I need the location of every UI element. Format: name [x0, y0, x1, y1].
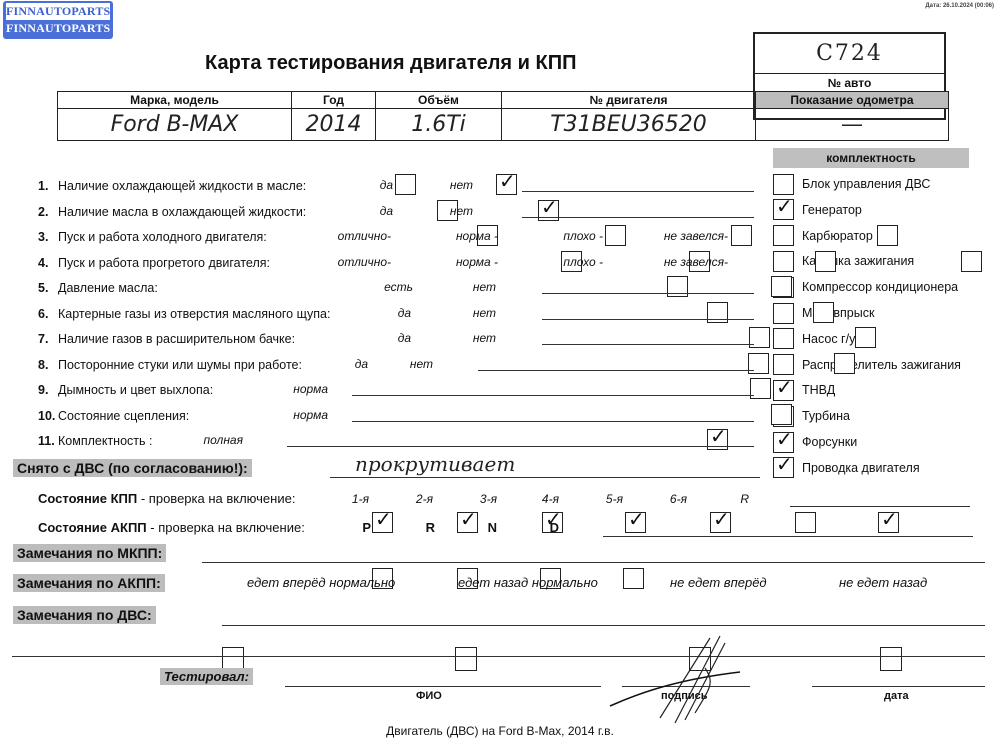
komplektnost-item-label: Форсунки: [802, 435, 857, 449]
question-number: 8.: [38, 358, 58, 372]
question-option[interactable]: отлично-: [338, 225, 393, 247]
question-text: Комплектность :: [58, 434, 152, 448]
question-text: Дымность и цвет выхлопа:: [58, 383, 213, 397]
question-row: 7.Наличие газов в расширительном бачке:: [38, 329, 295, 349]
question-row: 6.Картерные газы из отверстия масляного …: [38, 304, 330, 324]
vehicle-info-table: Марка, модель Год Объём № двигателя Пока…: [57, 91, 949, 141]
question-row: 8.Посторонние стуки или шумы при работе:: [38, 355, 302, 375]
option-label: не завелся-: [664, 229, 728, 243]
option-label: норма: [293, 408, 328, 422]
komplektnost-item-label: Турбина: [802, 409, 850, 423]
question-option[interactable]: не завелся-: [664, 225, 730, 247]
value-odometer: —: [756, 109, 949, 141]
header-odometer: Показание одометра: [756, 92, 949, 109]
remarks-dvs-line[interactable]: [222, 625, 985, 626]
notes-line[interactable]: [522, 191, 754, 192]
mode-label: N: [488, 520, 497, 535]
komplektnost-item[interactable]: Карбюратор: [773, 226, 873, 246]
value-volume: 1.6Ti: [376, 109, 502, 141]
page-title: Карта тестирования двигателя и КПП: [205, 52, 576, 75]
gear-label: 3-я: [480, 492, 497, 506]
option-label: норма -: [456, 255, 498, 269]
remark-option-label: едет вперёд нормально: [247, 575, 395, 590]
option-label: полная: [204, 433, 243, 447]
question-text: Наличие газов в расширительном бачке:: [58, 332, 295, 346]
question-option[interactable]: не завелся-: [664, 251, 730, 273]
notes-line[interactable]: [522, 217, 754, 218]
question-text: Пуск и работа холодного двигателя:: [58, 230, 267, 244]
question-number: 1.: [38, 179, 58, 193]
mode-label: R: [426, 520, 435, 535]
kpp-line: [790, 506, 970, 507]
fio-line[interactable]: [285, 686, 601, 687]
questions-list: 1.Наличие охлаждающей жидкости в масле:д…: [0, 0, 1000, 26]
question-number: 6.: [38, 307, 58, 321]
gear-label: 2-я: [416, 492, 433, 506]
option-label: нет: [473, 280, 496, 294]
notes-line[interactable]: [287, 446, 754, 447]
question-option[interactable]: да: [398, 302, 413, 324]
notes-line[interactable]: [542, 319, 754, 320]
notes-line[interactable]: [542, 344, 754, 345]
komplektnost-item-label: Карбюратор: [802, 229, 873, 243]
question-text: Давление масла:: [58, 281, 158, 295]
question-number: 5.: [38, 281, 58, 295]
question-option[interactable]: норма -: [456, 251, 500, 273]
question-option[interactable]: плохо -: [563, 251, 605, 273]
remarks-mkpp-label: Замечания по МКПП:: [13, 544, 166, 562]
komplektnost-item[interactable]: Форсунки: [773, 432, 857, 452]
gear-label: 6-я: [670, 492, 687, 506]
question-option[interactable]: норма: [293, 404, 330, 426]
checkbox[interactable]: [773, 354, 794, 375]
question-option[interactable]: нет: [410, 353, 435, 375]
gear-label: R: [740, 492, 749, 506]
checkbox[interactable]: [813, 302, 834, 323]
checkbox[interactable]: [771, 276, 792, 297]
question-row: 2.Наличие масла в охлаждающей жидкости:: [38, 202, 306, 222]
mode-label: D: [550, 520, 559, 535]
question-option[interactable]: нет: [473, 302, 498, 324]
header-volume: Объём: [376, 92, 502, 109]
remark-option-label: не едет назад: [839, 575, 927, 590]
option-label: нет: [450, 178, 473, 192]
question-option[interactable]: да: [380, 174, 395, 196]
remarks-akpp-label: Замечания по АКПП:: [13, 574, 165, 592]
question-option[interactable]: нет: [473, 327, 498, 349]
value-year: 2014: [292, 109, 376, 141]
question-text: Посторонние стуки или шумы при работе:: [58, 358, 302, 372]
question-row: 3.Пуск и работа холодного двигателя:: [38, 227, 267, 247]
checkbox[interactable]: [773, 328, 794, 349]
removed-label: Снято с ДВС (по согласованию!):: [13, 459, 252, 477]
checkbox[interactable]: [773, 457, 794, 478]
checkbox[interactable]: [877, 225, 898, 246]
question-row: 1.Наличие охлаждающей жидкости в масле:: [38, 176, 306, 196]
checkbox[interactable]: [605, 225, 626, 246]
auto-number-value: C724: [755, 34, 944, 74]
print-date: Дата: 26.10.2024 (00:06): [925, 3, 994, 9]
question-number: 4.: [38, 256, 58, 270]
notes-line[interactable]: [478, 370, 754, 371]
komplektnost-item[interactable]: Катушка зажигания: [773, 251, 914, 271]
checkbox[interactable]: [773, 251, 794, 272]
checkbox[interactable]: [731, 225, 752, 246]
akpp-line: [603, 536, 973, 537]
option-label: да: [398, 331, 411, 345]
signature-scribble: [600, 628, 770, 728]
logo-text: FINNAUTOPARTS: [6, 3, 110, 20]
komplektnost-item-label: Распределитель зажигания: [802, 358, 961, 372]
komplektnost-item-label: Насос г/у: [802, 332, 855, 346]
komplektnost-item[interactable]: Генератор: [773, 200, 862, 220]
header-model: Марка, модель: [58, 92, 292, 109]
question-number: 3.: [38, 230, 58, 244]
checkbox[interactable]: [773, 432, 794, 453]
header-year: Год: [292, 92, 376, 109]
checkbox[interactable]: [395, 174, 416, 195]
question-row: 9.Дымность и цвет выхлопа:: [38, 380, 213, 400]
checkbox[interactable]: [496, 174, 517, 195]
option-label: есть: [384, 280, 413, 294]
question-option[interactable]: полная: [204, 429, 245, 451]
komplektnost-item[interactable]: Распределитель зажигания: [773, 355, 961, 375]
option-label: норма: [293, 382, 328, 396]
gear-label: 4-я: [542, 492, 559, 506]
question-option[interactable]: нет: [450, 174, 475, 196]
remark-option-label: едет назад нормально: [458, 575, 598, 590]
remark-checkbox[interactable]: [455, 647, 477, 671]
date-line[interactable]: [812, 686, 985, 687]
komplektnost-item-label: ТНВД: [802, 383, 835, 397]
question-option[interactable]: да: [380, 200, 395, 222]
komplektnost-item-label: Генератор: [802, 203, 862, 217]
checkbox[interactable]: [771, 404, 792, 425]
question-row: 5.Давление масла:: [38, 278, 158, 298]
option-label: норма -: [456, 229, 498, 243]
question-text: Наличие охлаждающей жидкости в масле:: [58, 179, 306, 193]
option-label: нет: [473, 306, 496, 320]
remarks-dvs-line-2[interactable]: [12, 656, 985, 657]
komplektnost-item[interactable]: Компрессор кондиционера: [773, 277, 958, 297]
logo-text: FINNAUTOPARTS: [6, 20, 110, 37]
notes-line[interactable]: [542, 293, 754, 294]
akpp-label: Состояние АКПП - проверка на включение:: [38, 520, 305, 535]
question-option[interactable]: да: [398, 327, 413, 349]
question-number: 9.: [38, 383, 58, 397]
question-row: 4.Пуск и работа прогретого двигателя:: [38, 253, 270, 273]
kpp-label: Состояние КПП - проверка на включение:: [38, 491, 295, 506]
option-label: не завелся-: [664, 255, 728, 269]
question-number: 11.: [38, 434, 58, 448]
option-label: нет: [473, 331, 496, 345]
option-label: да: [355, 357, 368, 371]
question-text: Наличие масла в охлаждающей жидкости:: [58, 205, 306, 219]
date-caption: дата: [884, 690, 909, 702]
question-text: Состояние сцепления:: [58, 409, 189, 423]
remarks-dvs-label: Замечания по ДВС:: [13, 606, 156, 624]
mode-label: P: [362, 520, 371, 535]
notes-line[interactable]: [352, 421, 754, 422]
gear-checkbox[interactable]: [878, 512, 899, 533]
komplektnost-item[interactable]: Блок управления ДВС: [773, 174, 930, 194]
komplektnost-item-label: Проводка двигателя: [802, 461, 920, 475]
logo: FINNAUTOPARTS FINNAUTOPARTS: [3, 1, 113, 39]
question-option[interactable]: отлично-: [338, 251, 393, 273]
caption: Двигатель (ДВС) на Ford B-Max, 2014 г.в.: [0, 724, 1000, 738]
question-option[interactable]: есть: [384, 276, 415, 298]
option-label: нет: [410, 357, 433, 371]
fio-caption: ФИО: [416, 690, 442, 702]
komplektnost-item-label: Блок управления ДВС: [802, 177, 930, 191]
removed-value: прокрутивает: [355, 452, 515, 476]
option-label: да: [380, 178, 393, 192]
option-label: да: [380, 204, 393, 218]
komplektnost-header: комплектность: [773, 148, 969, 168]
gear-label: 5-я: [606, 492, 623, 506]
komplektnost-item[interactable]: Проводка двигателя: [773, 458, 920, 478]
gear-checkbox[interactable]: [457, 512, 478, 533]
option-label: плохо -: [563, 255, 603, 269]
question-option[interactable]: норма -: [456, 225, 500, 247]
removed-line: [330, 477, 760, 478]
checkbox[interactable]: [773, 174, 794, 195]
mode-checkbox[interactable]: [623, 568, 644, 589]
question-row: 10.Состояние сцепления:: [38, 406, 189, 426]
remark-checkbox[interactable]: [880, 647, 902, 671]
checkbox[interactable]: [834, 353, 855, 374]
checkbox[interactable]: [773, 225, 794, 246]
remark-option-label: не едет вперёд: [670, 575, 767, 590]
tested-label: Тестировал:: [160, 668, 253, 685]
checkbox[interactable]: [773, 199, 794, 220]
gear-checkbox[interactable]: [795, 512, 816, 533]
option-label: отлично-: [338, 255, 391, 269]
komplektnost-item[interactable]: ТНВД: [773, 380, 835, 400]
question-number: 7.: [38, 332, 58, 346]
checkbox[interactable]: [961, 251, 982, 272]
option-label: нет: [450, 204, 473, 218]
question-option[interactable]: плохо -: [563, 225, 605, 247]
checkbox[interactable]: [855, 327, 876, 348]
question-text: Пуск и работа прогретого двигателя:: [58, 256, 270, 270]
option-label: плохо -: [563, 229, 603, 243]
header-engine-no: № двигателя: [502, 92, 756, 109]
gear-checkbox[interactable]: [372, 512, 393, 533]
question-row: 11.Комплектность :: [38, 431, 152, 451]
notes-line[interactable]: [352, 395, 754, 396]
question-option[interactable]: нет: [450, 200, 475, 222]
question-number: 2.: [38, 205, 58, 219]
remarks-mkpp-line[interactable]: [202, 562, 985, 563]
question-option[interactable]: норма: [293, 378, 330, 400]
question-option[interactable]: нет: [473, 276, 498, 298]
komplektnost-item[interactable]: Насос г/у: [773, 329, 855, 349]
question-number: 10.: [38, 409, 58, 423]
question-text: Картерные газы из отверстия масляного щу…: [58, 307, 330, 321]
gear-checkbox[interactable]: [625, 512, 646, 533]
komplektnost-item-label: Компрессор кондиционера: [802, 280, 958, 294]
question-option[interactable]: да: [355, 353, 370, 375]
value-engine-no: T31BEU36520: [502, 109, 756, 141]
option-label: да: [398, 306, 411, 320]
value-model: Ford B-MAX: [58, 109, 292, 141]
gear-label: 1-я: [352, 492, 369, 506]
option-label: отлично-: [338, 229, 391, 243]
checkbox[interactable]: [773, 380, 794, 401]
checkbox[interactable]: [773, 303, 794, 324]
gear-checkbox[interactable]: [710, 512, 731, 533]
checkbox[interactable]: [815, 251, 836, 272]
